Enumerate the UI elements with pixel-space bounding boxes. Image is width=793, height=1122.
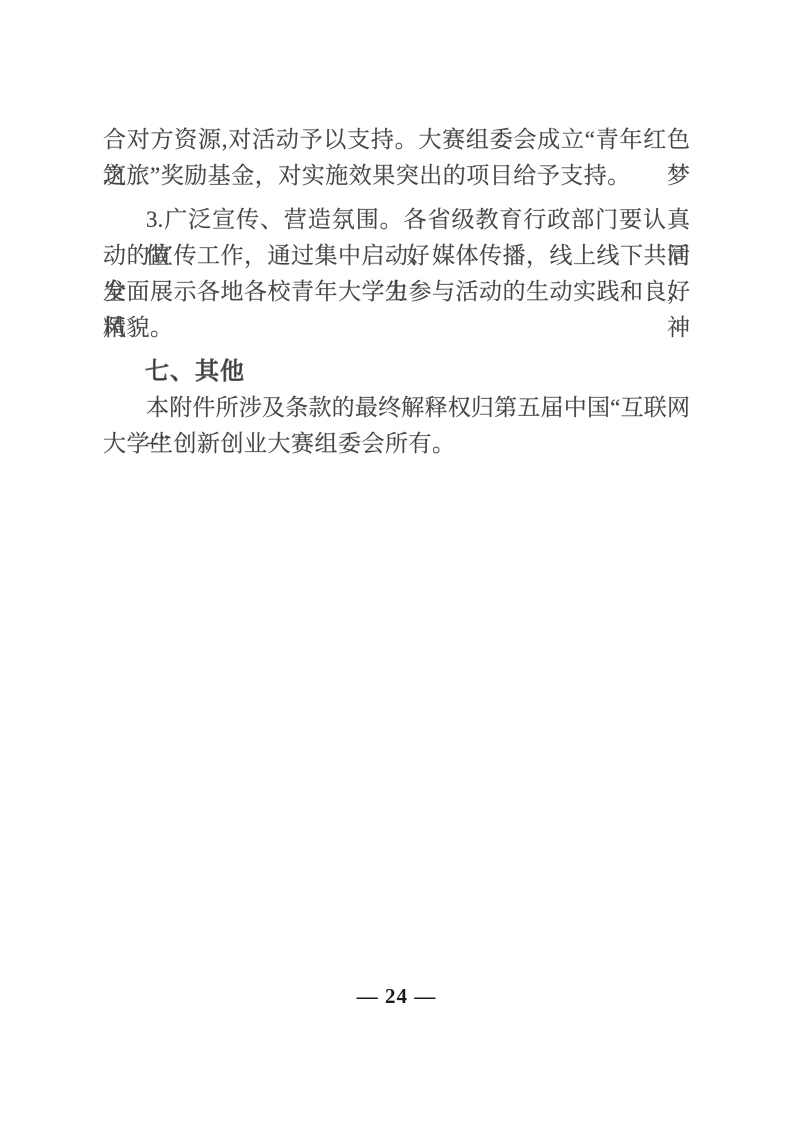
document-body: 合对方资源,对活动予以支持。大赛组委会成立“青年红色筑梦 之旅”奖励基金，对实施…: [103, 122, 690, 462]
paragraph-line: 3.广泛宣传、营造氛围。各省级教育行政部门要认真做好活: [103, 202, 690, 238]
paragraph-line: 动的宣传工作，通过集中启动、媒体传播，线上线下共同发力，: [103, 238, 690, 274]
paragraph-line: 大学生创新创业大赛组委会所有。: [103, 426, 690, 462]
paragraph-line: 本附件所涉及条款的最终解释权归第五届中国“互联网+”: [103, 390, 690, 426]
paragraph-publicity: 3.广泛宣传、营造氛围。各省级教育行政部门要认真做好活 动的宣传工作，通过集中启…: [103, 202, 690, 346]
page-number: — 24 —: [0, 984, 793, 1009]
paragraph-line: 全面展示各地各校青年大学生参与活动的生动实践和良好精神: [103, 274, 690, 310]
paragraph-line: 之旅”奖励基金，对实施效果突出的项目给予支持。: [103, 158, 690, 194]
paragraph-disclaimer: 本附件所涉及条款的最终解释权归第五届中国“互联网+” 大学生创新创业大赛组委会所…: [103, 390, 690, 462]
section-heading-other: 七、其他: [103, 354, 690, 390]
paragraph-support: 合对方资源,对活动予以支持。大赛组委会成立“青年红色筑梦 之旅”奖励基金，对实施…: [103, 122, 690, 194]
paragraph-line: 合对方资源,对活动予以支持。大赛组委会成立“青年红色筑梦: [103, 122, 690, 158]
document-page: 合对方资源,对活动予以支持。大赛组委会成立“青年红色筑梦 之旅”奖励基金，对实施…: [0, 0, 793, 1122]
